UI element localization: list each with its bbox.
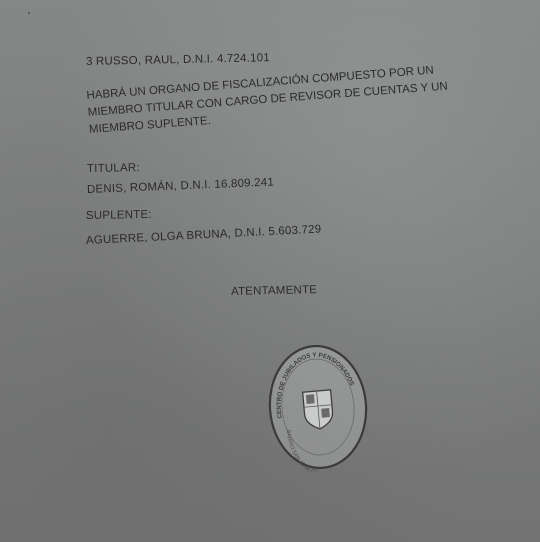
suplente-label: SUPLENTE: <box>86 209 152 222</box>
titular-name: DENIS, ROMÁN, D.N.I. 16.809.241 <box>87 176 274 195</box>
paper-speck <box>28 12 30 14</box>
stamp-seal-icon: CENTRO DE JUBILADOS Y PENSIONADOS BARRIO… <box>262 339 375 475</box>
fiscalization-paragraph: HABRÁ UN ORGANO DE FISCALIZACIÓN COMPUES… <box>86 56 529 139</box>
scanned-document-page: 3 RUSSO, RAUL, D.N.I. 4.724.101 HABRÁ UN… <box>0 0 540 542</box>
closing-signoff: ATENTAMENTE <box>231 284 317 298</box>
official-stamp-seal: CENTRO DE JUBILADOS Y PENSIONADOS BARRIO… <box>262 339 375 475</box>
suplente-name: AGUERRE, OLGA BRUNA, D.N.I. 5.603.729 <box>86 223 322 246</box>
member-item-3: 3 RUSSO, RAUL, D.N.I. 4.724.101 <box>86 52 270 68</box>
titular-label: TITULAR: <box>87 162 140 175</box>
